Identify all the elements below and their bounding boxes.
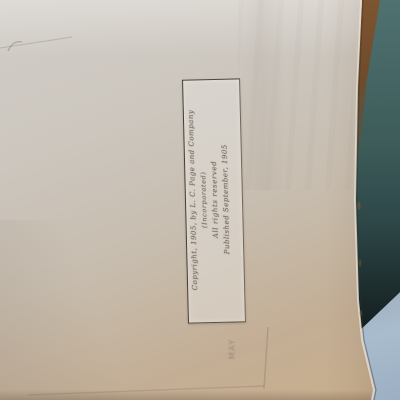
- impression-line-vertical: [264, 327, 268, 389]
- page-edge-shadow-line: [357, 0, 376, 400]
- edge-fleck: [359, 260, 362, 267]
- copyright-stamp-box: Copyright, 1905, by L. C. Page and Compa…: [182, 78, 246, 323]
- pencil-annotation: MAY: [227, 332, 240, 366]
- copyright-stamp-text: Copyright, 1905, by L. C. Page and Compa…: [185, 82, 235, 318]
- edge-fleck: [360, 310, 363, 316]
- book-copyright-page-photo: Copyright, 1905, by L. C. Page and Compa…: [0, 0, 400, 400]
- pencil-squiggle-mark: [8, 42, 22, 51]
- edge-fleck: [357, 202, 360, 210]
- impression-line-horizontal: [28, 386, 264, 395]
